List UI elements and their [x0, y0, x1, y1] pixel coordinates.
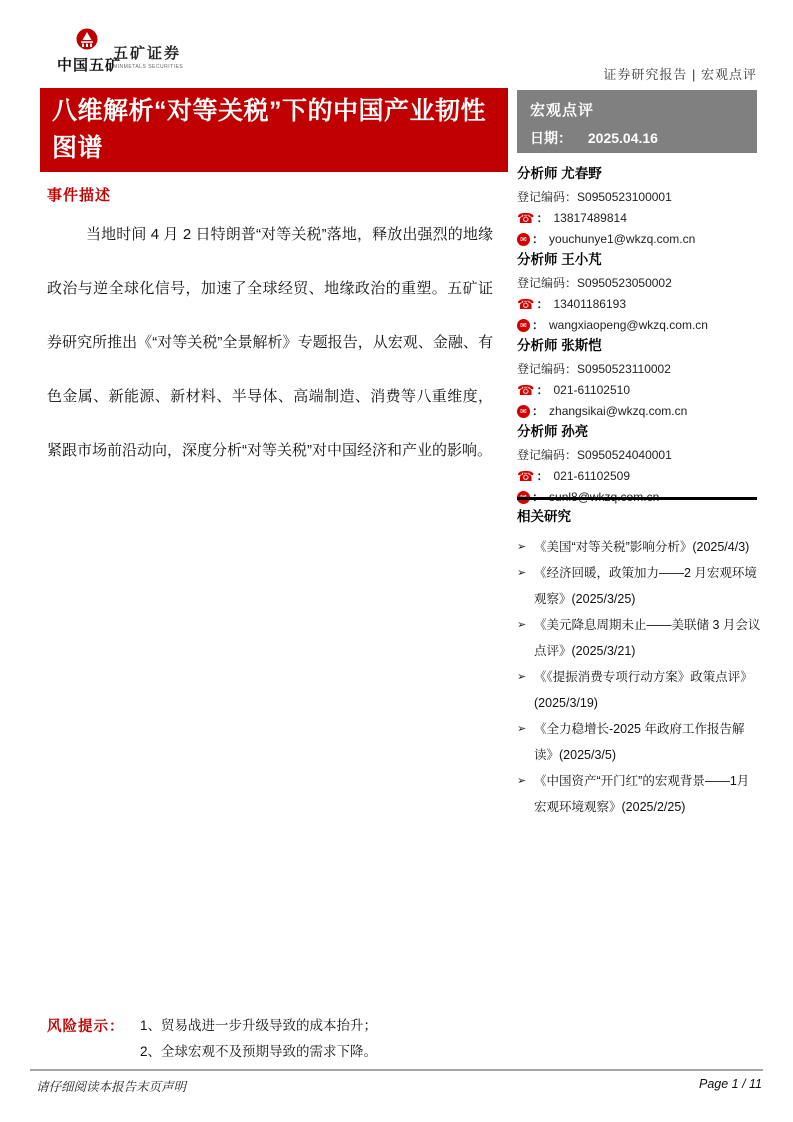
- sidebar-divider: [517, 497, 757, 500]
- phone-icon: ☎: [517, 297, 534, 311]
- company-name: 五矿证券: [113, 42, 183, 63]
- phone-icon: ☎: [517, 383, 534, 397]
- org-name: 中国五矿: [57, 54, 117, 75]
- risk-label: 风险提示：: [47, 1015, 125, 1036]
- analyst-name: 分析师 尤春野: [517, 166, 757, 182]
- analyst-reg-code: 登记编码：S0950523110002: [517, 361, 757, 377]
- analysts-section: 分析师 尤春野 登记编码：S0950523100001 ☎：1381748981…: [517, 166, 757, 510]
- analyst-block: 分析师 王小芃 登记编码：S0950523050002 ☎：1340118619…: [517, 252, 757, 333]
- arrow-bullet-icon: ➢: [517, 664, 526, 690]
- report-type-label: 宏观点评: [530, 99, 744, 120]
- analyst-email: ✉：wangxiaopeng@wkzq.com.cn: [517, 317, 757, 333]
- date-value: 2025.04.16: [588, 130, 658, 146]
- analyst-email: ✉：youchunye1@wkzq.com.cn: [517, 231, 757, 247]
- report-type-box: 宏观点评 日期： 2025.04.16: [517, 90, 757, 153]
- date-label: 日期：: [530, 130, 572, 146]
- arrow-bullet-icon: ➢: [517, 768, 526, 794]
- email-icon: ✉: [517, 319, 530, 332]
- analyst-name: 分析师 张斯恺: [517, 338, 757, 354]
- footer-disclaimer: 请仔细阅读本报告末页声明: [36, 1077, 186, 1095]
- risk-items: 1、贸易战进一步升级导致的成本抬升； 2、全球宏观不及预期导致的需求下降。: [140, 1013, 500, 1065]
- related-research-section: 相关研究 ➢《美国“对等关税”影响分析》(2025/4/3) ➢《经济回暖，政策…: [517, 505, 761, 820]
- arrow-bullet-icon: ➢: [517, 560, 526, 586]
- footer-divider: [30, 1069, 763, 1071]
- analyst-reg-code: 登记编码：S0950524040001: [517, 447, 757, 463]
- research-item: ➢《中国资产“开门红”的宏观背景——1月宏观环境观察》(2025/2/25): [517, 768, 761, 820]
- arrow-bullet-icon: ➢: [517, 534, 526, 560]
- analyst-name: 分析师 孙亮: [517, 424, 757, 440]
- phone-icon: ☎: [517, 469, 534, 483]
- analyst-phone: ☎：021-61102510: [517, 382, 757, 398]
- analyst-phone: ☎：021-61102509: [517, 468, 757, 484]
- doc-type-line: 证券研究报告 | 宏观点评: [603, 64, 757, 83]
- research-item: ➢《全力稳增长-2025 年政府工作报告解读》(2025/3/5): [517, 716, 761, 768]
- risk-item: 2、全球宏观不及预期导致的需求下降。: [140, 1039, 500, 1065]
- analyst-block: 分析师 尤春野 登记编码：S0950523100001 ☎：1381748981…: [517, 166, 757, 247]
- report-title: 八维解析“对等关税”下的中国产业韧性图谱: [52, 97, 486, 162]
- analyst-reg-code: 登记编码：S0950523100001: [517, 189, 757, 205]
- email-icon: ✉: [517, 405, 530, 418]
- analyst-phone: ☎：13817489814: [517, 210, 757, 226]
- section-heading-event: 事件描述: [47, 184, 111, 205]
- analyst-block: 分析师 张斯恺 登记编码：S0950523110002 ☎：021-611025…: [517, 338, 757, 419]
- research-item: ➢《《提振消费专项行动方案》政策点评》(2025/3/19): [517, 664, 761, 716]
- research-item: ➢《经济回暖，政策加力——2 月宏观环境观察》(2025/3/25): [517, 560, 761, 612]
- analyst-email: ✉：zhangsikai@wkzq.com.cn: [517, 403, 757, 419]
- minmetals-logo-icon: [75, 28, 99, 52]
- arrow-bullet-icon: ➢: [517, 716, 526, 742]
- analyst-phone: ☎：13401186193: [517, 296, 757, 312]
- arrow-bullet-icon: ➢: [517, 612, 526, 638]
- brand-logo-block: 中国五矿: [57, 28, 117, 75]
- analyst-reg-code: 登记编码：S0950523050002: [517, 275, 757, 291]
- event-paragraph: 当地时间 4 月 2 日特朗普“对等关税”落地，释放出强烈的地缘政治与逆全球化信…: [47, 208, 493, 478]
- analyst-block: 分析师 孙亮 登记编码：S0950524040001 ☎：021-6110250…: [517, 424, 757, 505]
- research-item: ➢《美国“对等关税”影响分析》(2025/4/3): [517, 534, 761, 560]
- report-page: { "brand": { "org_name": "中国五矿", "compan…: [0, 0, 793, 1122]
- phone-icon: ☎: [517, 211, 534, 225]
- company-name-en: MINMETALS SECURITIES: [113, 64, 183, 70]
- analyst-name: 分析师 王小芃: [517, 252, 757, 268]
- footer-page-number: Page 1 / 11: [699, 1077, 762, 1091]
- research-item: ➢《美元降息周期未止——美联储 3 月会议点评》(2025/3/21): [517, 612, 761, 664]
- risk-item: 1、贸易战进一步升级导致的成本抬升；: [140, 1013, 500, 1039]
- email-icon: ✉: [517, 233, 530, 246]
- company-block: 五矿证券 MINMETALS SECURITIES: [113, 42, 183, 70]
- report-title-banner: 八维解析“对等关税”下的中国产业韧性图谱: [40, 88, 508, 172]
- report-date-line: 日期： 2025.04.16: [530, 128, 744, 148]
- related-research-heading: 相关研究: [517, 505, 761, 525]
